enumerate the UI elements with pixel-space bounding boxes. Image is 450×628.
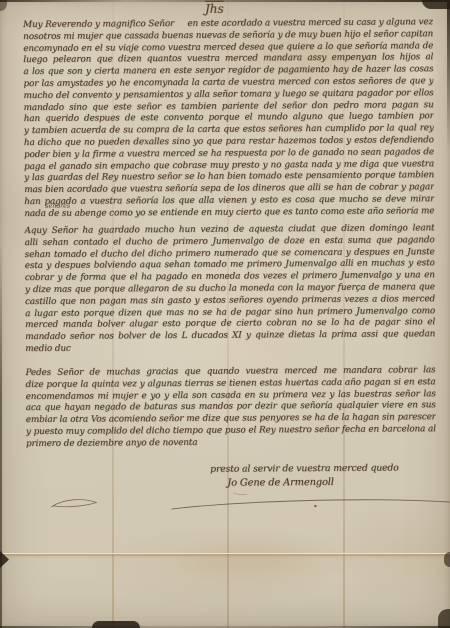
paragraph-3: Pedes Señor de muchas gracias que quando… [25, 365, 436, 450]
paragraph-1: Muy Reverendo y magnifico Señor en este … [23, 17, 434, 220]
paragraph-2-lines: Aquy Señor ha guardado mucho hun vezino … [24, 223, 435, 356]
manuscript-line: nada de su abenge como yo se entiende en… [24, 206, 434, 221]
manuscript-text-layer: Jhs Muy Reverendo y magnifico Señor en e… [0, 0, 450, 628]
paragraph-1-lines: nosotros mi mujer que cassada buenas nue… [23, 29, 434, 221]
invocation-monogram: Jhs [205, 2, 224, 16]
interline-correction: señores [45, 203, 70, 210]
signature-courtesy-line: presto al servir de vuestra merced quedo [210, 462, 399, 474]
signature-name: Jo Gene de Armengoll [227, 477, 334, 489]
paragraph-2: Aquy Señor ha guardado mucho hun vezino … [24, 223, 435, 356]
salutation: Muy Reverendo y magnifico Señor [23, 19, 174, 32]
manuscript-page: Jhs Muy Reverendo y magnifico Señor en e… [0, 0, 450, 628]
paragraph-3-lines: Pedes Señor de muchas gracias que quando… [25, 365, 436, 450]
manuscript-line: primero de deziembre anyo de noventa [26, 436, 436, 451]
